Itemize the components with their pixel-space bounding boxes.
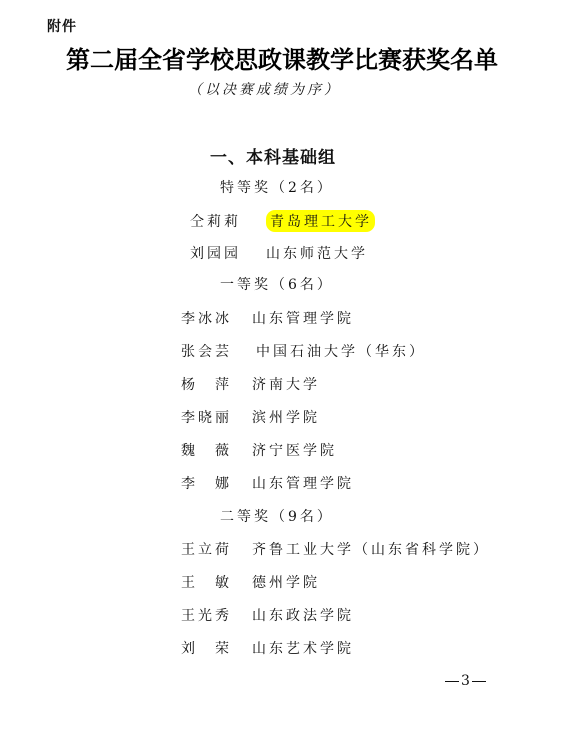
winner-row: 刘园园山东师范大学 (190, 243, 368, 263)
prize-heading-second: 二等奖（9名） (220, 506, 334, 526)
winner-name: 李 娜 (181, 473, 249, 493)
winner-row: 仝莉莉青岛理工大学 (190, 210, 375, 232)
prize-heading-first: 一等奖（6名） (220, 274, 334, 294)
winner-name: 王立荷 (181, 539, 249, 559)
winner-name: 李冰冰 (181, 308, 249, 328)
winner-name: 李晓丽 (181, 407, 249, 427)
winner-school: 德州学院 (252, 572, 320, 592)
page-number: 3 (443, 673, 488, 689)
winner-school: 中国石油大学（华东） (256, 341, 426, 361)
winner-row: 李 娜山东管理学院 (181, 473, 354, 493)
winner-school: 济南大学 (252, 374, 320, 394)
document-subtitle: （以决赛成绩为序） (188, 79, 341, 99)
winner-name: 仝莉莉 (190, 211, 258, 231)
document-title: 第二届全省学校思政课教学比赛获奖名单 (66, 40, 498, 75)
winner-name: 魏 薇 (181, 440, 249, 460)
winner-row: 杨 萍济南大学 (181, 374, 320, 394)
attachment-label: 附件 (47, 16, 77, 36)
winner-school-highlighted: 青岛理工大学 (266, 210, 375, 232)
winner-row: 王 敏德州学院 (181, 572, 320, 592)
page-dash-left (445, 681, 459, 682)
winner-school: 山东艺术学院 (252, 638, 354, 658)
winner-school: 滨州学院 (252, 407, 320, 427)
winner-row: 魏 薇济宁医学院 (181, 440, 337, 460)
winner-row: 张会芸中国石油大学（华东） (181, 341, 426, 361)
winner-row: 王光秀山东政法学院 (181, 605, 354, 625)
winner-name: 刘园园 (190, 243, 258, 263)
winner-name: 王 敏 (181, 572, 249, 592)
page-number-value: 3 (461, 673, 470, 689)
winner-school: 山东师范大学 (266, 243, 368, 263)
winner-name: 杨 萍 (181, 374, 249, 394)
section-heading: 一、本科基础组 (210, 143, 336, 168)
winner-school: 山东政法学院 (252, 605, 354, 625)
winner-row: 李晓丽滨州学院 (181, 407, 320, 427)
winner-school: 山东管理学院 (252, 473, 354, 493)
winner-row: 王立荷齐鲁工业大学（山东省科学院） (181, 539, 490, 559)
winner-name: 刘 荣 (181, 638, 249, 658)
winner-name: 张会芸 (181, 341, 249, 361)
winner-row: 李冰冰山东管理学院 (181, 308, 354, 328)
winner-school: 济宁医学院 (252, 440, 337, 460)
page-dash-right (472, 681, 486, 682)
winner-school: 山东管理学院 (252, 308, 354, 328)
winner-name: 王光秀 (181, 605, 249, 625)
winner-school: 齐鲁工业大学（山东省科学院） (252, 539, 490, 559)
winner-row: 刘 荣山东艺术学院 (181, 638, 354, 658)
prize-heading-special: 特等奖（2名） (220, 177, 334, 197)
